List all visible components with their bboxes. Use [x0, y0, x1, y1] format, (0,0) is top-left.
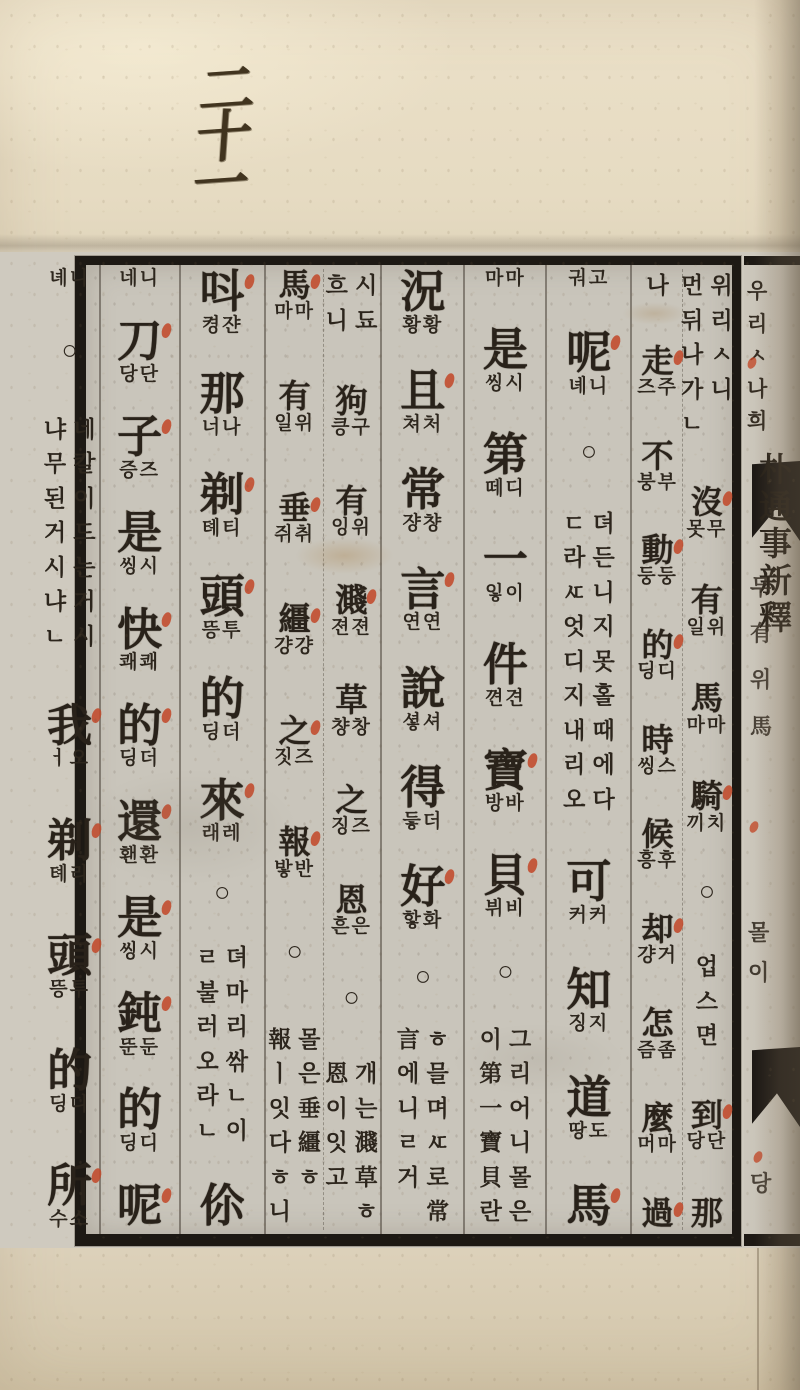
hanzi-character: 的: [642, 629, 674, 662]
hanzi-character: 一: [483, 537, 528, 584]
hanzi-character: 知: [566, 967, 611, 1014]
column-item: 到당단: [686, 1099, 727, 1152]
hangul-gloss-pair: 즘좀: [637, 1041, 678, 1061]
printed-text-block: 위리ㅅ니먼뒤나가ㄴ沒못무有일위馬마마騎끼치○업스면到당단那나走즈주不붕부動둥둥的…: [75, 256, 741, 1246]
hanzi-character: 之: [279, 715, 311, 748]
column-item: 道땅도: [566, 1075, 611, 1142]
hangul-gloss-pair: 핳화: [403, 911, 444, 931]
text-strand: 況황황且쳐처常쟝챵言연연說셯셔得듷더好핳화○ㅎ믈며ㅼ로常言에니ㄹ거: [383, 269, 462, 1230]
column-item: 動둥둥: [637, 534, 678, 587]
hangul-gloss-pair: 짓즈: [274, 748, 315, 768]
column-item: 子증즈: [117, 414, 162, 481]
column-item: 伱: [200, 1183, 245, 1230]
hanzi-character: 是: [117, 510, 162, 557]
red-tone-mark: [308, 830, 322, 847]
column-item: 的딩디: [637, 629, 678, 682]
column-item: 得듷더: [400, 765, 445, 832]
column-item: 時씽스: [637, 724, 678, 777]
hangul-translation-dual: ㅎ믈며ㅼ로常言에니ㄹ거: [395, 1023, 451, 1230]
column-item: 件껸견: [483, 642, 528, 709]
hanzi-character: 沒: [691, 486, 723, 519]
text-strand: 馬마마有일위垂쥐취繮걍걍之짓즈報밯반○몰은垂繮ㅎ報ㅣ잇다ㅎ니: [267, 269, 324, 1230]
hangul-gloss-pair: 마마: [686, 716, 727, 736]
red-tone-mark: [160, 610, 174, 627]
red-tone-mark: [160, 899, 174, 916]
hangul-gloss-pair: 땅도: [569, 1122, 610, 1142]
column-item: ○: [415, 963, 431, 990]
column-item: 却걍거: [637, 913, 678, 966]
column-item: 走즈주: [637, 345, 678, 398]
red-tone-mark: [609, 1187, 623, 1204]
edge-hangul-fragment: 우리ㅅ나희: [747, 275, 770, 438]
red-tone-mark: [308, 496, 322, 513]
red-tone-mark: [443, 571, 457, 588]
hangul-gloss-pair: 못무: [686, 520, 727, 540]
hangul-gloss-pair: 걍걍: [274, 637, 315, 657]
column-item: 騎끼치: [686, 780, 727, 833]
hangul-gloss-pair: 홴환: [119, 846, 160, 866]
section-circle: ○: [214, 879, 230, 906]
column-item: 恩흔은: [331, 884, 372, 937]
column-item: 之징즈: [331, 784, 372, 837]
red-tone-mark: [721, 1103, 735, 1120]
hangul-gloss-pair: 둥둥: [637, 567, 678, 587]
hangul-gloss-pair: 증즈: [119, 461, 160, 481]
column-item: 寶방바: [483, 748, 528, 815]
hanzi-character: 馬: [279, 269, 311, 302]
hanzi-character: 馬: [691, 682, 723, 715]
column-item: 是씽시: [117, 510, 162, 577]
hangul-translation: 나: [644, 269, 670, 304]
column-item: 況황황: [400, 269, 445, 336]
text-strand: 마마是씽시第떼디一잏이件껸견寶방바貝뷔비○그리어니몰은이第一寶貝란: [466, 269, 544, 1230]
column-item: 報밯반: [274, 826, 315, 879]
column-item: 뎌마리싺ㄴ이ㄹ불러오라ㄴ: [194, 941, 250, 1148]
hangul-gloss-pair: 뚠둔: [119, 1038, 160, 1058]
column-item: 鈍뚠둔: [117, 991, 162, 1058]
hangul-gloss-pair: 껸견: [485, 689, 526, 709]
hanzi-character: 可: [566, 859, 611, 906]
column-content: 네니刀당단子증즈是씽시快쾌쾌的딩더還홴환是씽시鈍뚠둔的딩디呢: [102, 269, 178, 1230]
hanzi-character: 報: [279, 826, 311, 859]
hanzi-character: 那: [691, 1197, 723, 1230]
text-strand: 녜니○네칼이드는거시냐무된거시냐ㄴ我ㅓ오剃톄리頭뜽투的딩디所수소: [42, 269, 98, 1230]
hangul-gloss-pair: 챵창: [331, 718, 372, 738]
hangul-gloss-pair: 녜니: [49, 269, 90, 289]
column-item: 有잉위: [331, 485, 372, 538]
hangul-translation: 업스면: [694, 950, 720, 1054]
section-circle: ○: [581, 438, 597, 465]
hanzi-character: 的: [47, 1048, 92, 1095]
section-circle: ○: [699, 878, 715, 905]
red-tone-mark: [443, 868, 457, 885]
hanzi-character: 呢: [566, 330, 611, 377]
translation-right-strand: 네칼이드는거시: [71, 413, 97, 655]
hanzi-character: 是: [117, 895, 162, 942]
page-edge-strip: 우리ㅅ나희 朴通事新釋 무有위馬 몰이 당: [744, 256, 800, 1246]
hanzi-character: 垂: [279, 492, 311, 525]
column-item: 네니: [119, 269, 160, 289]
section-circle: ○: [415, 963, 431, 990]
column-item: 有일위: [274, 380, 315, 433]
hangul-gloss-pair: 뜽투: [202, 621, 243, 641]
hanzi-character: 不: [642, 440, 674, 473]
column-item: 所수소: [47, 1163, 92, 1230]
column-item: 我ㅓ오: [47, 703, 92, 770]
column-item: 怎즘좀: [637, 1007, 678, 1060]
text-strand: 나走즈주不붕부動둥둥的딩디時씽스候흥후却걍거怎즘좀麼머마過: [633, 269, 682, 1230]
column-item: 狗킁구: [331, 385, 372, 438]
section-circle: ○: [497, 958, 513, 985]
hangul-gloss-pair: 딩더: [202, 723, 243, 743]
hanzi-character: 來: [200, 778, 245, 825]
column-content: 녜니○네칼이드는거시냐무된거시냐ㄴ我ㅓ오剃톄리頭뜽투的딩디所수소: [42, 269, 98, 1230]
hangul-gloss-pair: 궈고: [569, 269, 610, 289]
text-column: 況황황且쳐처常쟝챵言연연說셯셔得듷더好핳화○ㅎ믈며ㅼ로常言에니ㄹ거: [382, 265, 465, 1234]
column-item: 好핳화: [400, 864, 445, 931]
hangul-translation-dual: 위리ㅅ니먼뒤나가ㄴ: [679, 269, 735, 442]
translation-right-strand: 뎌든니지못홀때에다: [590, 507, 616, 818]
hangul-gloss-pair: 씽스: [637, 757, 678, 777]
hangul-gloss-pair: 셯셔: [403, 713, 444, 733]
column-item: 궈고: [569, 269, 610, 289]
hanzi-character: 刀: [117, 318, 162, 365]
hangul-gloss-pair: 징지: [569, 1014, 610, 1034]
column-item: ○: [581, 438, 597, 465]
hangul-gloss-pair: 황황: [403, 316, 444, 336]
column-item: 頭뜽투: [200, 574, 245, 641]
column-item: ○: [286, 938, 302, 965]
column-item: 一잏이: [483, 537, 528, 604]
hangul-gloss-pair: 잏이: [485, 584, 526, 604]
red-tone-mark: [526, 751, 540, 768]
hanzi-character: 貝: [483, 853, 528, 900]
translation-right-strand: 뎌마리싺ㄴ이: [224, 941, 250, 1148]
hanzi-character: 呢: [117, 1183, 162, 1230]
hanzi-character: 頭: [200, 574, 245, 621]
red-tone-mark: [160, 1187, 174, 1204]
hanzi-character: 狗: [335, 385, 367, 418]
text-strand: 궈고呢녜니○뎌든니지못홀때에다ㄷ라ㅼ엇디지내리오可커커知징지道땅도馬: [548, 269, 629, 1230]
hangul-gloss-pair: 쥐취: [274, 525, 315, 545]
column-item: 네칼이드는거시냐무된거시냐ㄴ: [42, 413, 98, 655]
translation-right-strand: 그리어니몰은: [507, 1023, 533, 1230]
column-item: 言연연: [400, 567, 445, 634]
column-item: ㅎ믈며ㅼ로常言에니ㄹ거: [395, 1023, 451, 1230]
hangul-gloss-pair: 젼젼: [331, 618, 372, 638]
hangul-translation-dual: 네칼이드는거시냐무된거시냐ㄴ: [42, 413, 98, 655]
column-item: 來래레: [200, 778, 245, 845]
hangul-translation-dual: 몰은垂繮ㅎ報ㅣ잇다ㅎ니: [267, 1023, 323, 1230]
hanzi-character: 言: [400, 567, 445, 614]
text-column: 呌켱쟌那너나剃톄티頭뜽투的딩더來래레○뎌마리싺ㄴ이ㄹ불러오라ㄴ伱: [181, 265, 266, 1234]
hangul-gloss-pair: 너나: [202, 418, 243, 438]
hangul-gloss-pair: 떼디: [485, 479, 526, 499]
hanzi-character: 頭: [47, 933, 92, 980]
column-item: 是씽시: [483, 327, 528, 394]
hangul-gloss-pair: 딩디: [119, 1134, 160, 1154]
column-item: 那너나: [200, 371, 245, 438]
fishtail-ornament-icon: [752, 1047, 800, 1127]
text-columns: 위리ㅅ니먼뒤나가ㄴ沒못무有일위馬마마騎끼치○업스면到당단那나走즈주不붕부動둥둥的…: [86, 265, 732, 1234]
column-item: 可커커: [566, 859, 611, 926]
hanzi-character: 常: [400, 467, 445, 514]
hangul-gloss-pair: 일위: [274, 414, 315, 434]
column-item: ○: [699, 878, 715, 905]
hangul-gloss-pair: 딩디: [49, 1095, 90, 1115]
column-item: 垂쥐취: [274, 492, 315, 545]
hangul-gloss-pair: 톄리: [49, 865, 90, 885]
hanzi-character: 繮: [279, 603, 311, 636]
translation-left-strand: ㄷ라ㅼ엇디지내리오: [561, 507, 587, 818]
text-strand: 위리ㅅ니먼뒤나가ㄴ沒못무有일위馬마마騎끼치○업스면到당단那: [683, 269, 731, 1230]
column-item: 貝뷔비: [483, 853, 528, 920]
hanzi-character: 我: [47, 703, 92, 750]
hanzi-character: 走: [642, 345, 674, 378]
edge-text-fragment: 무有위馬: [750, 565, 774, 750]
paper-sheen: [0, 0, 800, 240]
column-item: 마마: [485, 269, 526, 289]
hanzi-character: 伱: [200, 1183, 245, 1230]
column-item: 녜니: [49, 269, 90, 289]
translation-left-strand: 報ㅣ잇다ㅎ니: [267, 1023, 293, 1230]
translation-right-strand: 시됴: [353, 269, 379, 338]
hanzi-character: 草: [335, 684, 367, 717]
red-tone-mark: [721, 784, 735, 801]
hanzi-character: 的: [117, 703, 162, 750]
translation-left-strand: 恩이잇고: [324, 1057, 350, 1230]
hanzi-character: 鈍: [117, 991, 162, 1038]
column-content: 呌켱쟌那너나剃톄티頭뜽투的딩더來래레○뎌마리싺ㄴ이ㄹ불러오라ㄴ伱: [182, 269, 263, 1230]
translation-right-strand: 위리ㅅ니: [708, 269, 734, 442]
translation-left-strand: 냐무된거시냐ㄴ: [42, 413, 68, 655]
hangul-gloss-pair: 머마: [637, 1135, 678, 1155]
hangul-gloss-pair: 끼치: [686, 814, 727, 834]
hangul-gloss-pair: 씽시: [119, 557, 160, 577]
hangul-gloss-pair: 씽시: [485, 374, 526, 394]
column-item: 위리ㅅ니먼뒤나가ㄴ: [679, 269, 735, 442]
hanzi-character: 好: [400, 864, 445, 911]
hangul-gloss-pair: 녜니: [569, 377, 610, 397]
hanzi-character: 且: [400, 368, 445, 415]
hanzi-character: 呌: [200, 269, 245, 316]
column-item: ○: [497, 958, 513, 985]
edge-text-fragment: 몰이: [748, 913, 772, 992]
red-tone-mark: [160, 707, 174, 724]
hangul-gloss-pair: 쟝챵: [403, 514, 444, 534]
hanzi-character: 之: [335, 784, 367, 817]
hangul-gloss-pair: 연연: [403, 613, 444, 633]
hangul-gloss-pair: 켱쟌: [202, 316, 243, 336]
column-item: 剃톄티: [200, 472, 245, 539]
hanzi-character: 說: [400, 666, 445, 713]
column-content: 위리ㅅ니먼뒤나가ㄴ沒못무有일위馬마마騎끼치○업스면到당단那나走즈주不붕부動둥둥的…: [633, 269, 731, 1230]
hanzi-character: 還: [117, 799, 162, 846]
column-item: 那: [691, 1197, 723, 1230]
hanzi-character: 是: [483, 327, 528, 374]
hangul-gloss-pair: 붕부: [637, 473, 678, 493]
red-tone-mark: [526, 856, 540, 873]
column-item: 有일위: [686, 584, 727, 637]
translation-left-strand: ㄹ불러오라ㄴ: [194, 941, 220, 1148]
hangul-gloss-pair: 흔은: [331, 917, 372, 937]
hangul-gloss-pair: 딩더: [119, 749, 160, 769]
text-strand: 네니刀당단子증즈是씽시快쾌쾌的딩더還홴환是씽시鈍뚠둔的딩디呢: [102, 269, 178, 1230]
hanzi-character: 時: [642, 724, 674, 757]
hanzi-character: 的: [117, 1087, 162, 1134]
hanzi-character: 候: [642, 818, 674, 851]
column-item: 馬: [566, 1183, 611, 1230]
red-tone-mark: [308, 273, 322, 290]
hangul-gloss-pair: 네니: [119, 269, 160, 289]
column-item: 快쾌쾌: [117, 607, 162, 674]
column-item: ○: [343, 984, 359, 1011]
hangul-gloss-pair: 밯반: [274, 860, 315, 880]
red-tone-mark: [609, 334, 623, 351]
column-item: ○: [62, 337, 78, 364]
hangul-gloss-pair: 톄티: [202, 519, 243, 539]
hangul-gloss-pair: 쾌쾌: [119, 653, 160, 673]
hangul-gloss-pair: 킁구: [331, 418, 372, 438]
hangul-translation-dual: 개는濺草ㅎ恩이잇고: [324, 1057, 380, 1230]
red-tone-mark: [721, 490, 735, 507]
hanzi-character: 道: [566, 1075, 611, 1122]
hanzi-character: 件: [483, 642, 528, 689]
section-circle: ○: [286, 938, 302, 965]
hangul-gloss-pair: 뷔비: [485, 899, 526, 919]
red-tone-mark: [308, 607, 322, 624]
column-item: 刀당단: [117, 318, 162, 385]
hangul-gloss-pair: 일위: [686, 618, 727, 638]
text-column: 네니刀당단子증즈是씽시快쾌쾌的딩더還홴환是씽시鈍뚠둔的딩디呢: [101, 265, 181, 1234]
column-item: 개는濺草ㅎ恩이잇고: [324, 1057, 380, 1230]
column-item: 麼머마: [637, 1102, 678, 1155]
translation-right-strand: 개는濺草ㅎ: [353, 1057, 379, 1230]
red-tone-mark: [160, 803, 174, 820]
translation-left-strand: 言에니ㄹ거: [395, 1023, 421, 1230]
hangul-gloss-pair: 듷더: [403, 812, 444, 832]
red-tone-mark: [160, 322, 174, 339]
column-content: 마마是씽시第떼디一잏이件껸견寶방바貝뷔비○그리어니몰은이第一寶貝란: [466, 269, 544, 1230]
hanzi-character: 的: [200, 676, 245, 723]
column-item: 몰은垂繮ㅎ報ㅣ잇다ㅎ니: [267, 1023, 323, 1230]
column-item: 沒못무: [686, 486, 727, 539]
hangul-translation-dual: 뎌든니지못홀때에다ㄷ라ㅼ엇디지내리오: [561, 507, 617, 818]
hangul-gloss-pair: 흥후: [637, 851, 678, 871]
hanzi-character: 動: [642, 534, 674, 567]
hanzi-character: 濺: [335, 584, 367, 617]
text-column: 궈고呢녜니○뎌든니지못홀때에다ㄷ라ㅼ엇디지내리오可커커知징지道땅도馬: [547, 265, 632, 1234]
edge-text-fragment: 당: [750, 1167, 774, 1198]
hangul-gloss-pair: 즈주: [637, 378, 678, 398]
column-item: 濺젼젼: [331, 584, 372, 637]
column-item: 過: [642, 1197, 674, 1230]
red-mark: [752, 1150, 764, 1164]
hanzi-character: 有: [335, 485, 367, 518]
column-item: 剃톄리: [47, 818, 92, 885]
hanzi-character: 況: [400, 269, 445, 316]
section-circle: ○: [343, 984, 359, 1011]
hanzi-character: 騎: [691, 780, 723, 813]
red-mark: [748, 820, 760, 834]
column-item: 草챵창: [331, 684, 372, 737]
column-item: 나: [644, 269, 670, 304]
column-item: 馬마마: [274, 269, 315, 322]
translation-left-strand: 흐니: [324, 269, 350, 338]
hangul-gloss-pair: 마마: [485, 269, 526, 289]
translation-right-strand: ㅎ믈며ㅼ로常: [424, 1023, 450, 1230]
hangul-gloss-pair: ㅓ오: [49, 749, 90, 769]
hanzi-character: 子: [117, 414, 162, 461]
hanzi-character: 恩: [335, 884, 367, 917]
red-tone-mark: [242, 476, 256, 493]
column-item: 呢: [117, 1183, 162, 1230]
column-content: 시됴흐니狗킁구有잉위濺젼젼草챵창之징즈恩흔은○개는濺草ㅎ恩이잇고馬마마有일위垂쥐…: [267, 269, 380, 1230]
handwritten-page-number: 二十一: [191, 66, 257, 212]
column-item: 頭뜽투: [47, 933, 92, 1000]
column-item: 뎌든니지못홀때에다ㄷ라ㅼ엇디지내리오: [561, 507, 617, 818]
hangul-gloss-pair: 딩디: [637, 662, 678, 682]
hanzi-character: 過: [642, 1197, 674, 1230]
red-tone-mark: [308, 719, 322, 736]
hanzi-character: 得: [400, 765, 445, 812]
column-item: 的딩더: [117, 703, 162, 770]
section-circle: ○: [62, 337, 78, 364]
column-content: 況황황且쳐처常쟝챵言연연說셯셔得듷더好핳화○ㅎ믈며ㅼ로常言에니ㄹ거: [383, 269, 462, 1230]
hanzi-character: 却: [642, 913, 674, 946]
column-content: 궈고呢녜니○뎌든니지못홀때에다ㄷ라ㅼ엇디지내리오可커커知징지道땅도馬: [548, 269, 629, 1230]
column-item: 說셯셔: [400, 666, 445, 733]
column-item: 且쳐처: [400, 368, 445, 435]
red-tone-mark: [160, 995, 174, 1012]
text-strand: 시됴흐니狗킁구有잉위濺젼젼草챵창之징즈恩흔은○개는濺草ㅎ恩이잇고: [324, 269, 380, 1230]
hanzi-character: 剃: [200, 472, 245, 519]
column-item: 知징지: [566, 967, 611, 1034]
hangul-gloss-pair: 징즈: [331, 817, 372, 837]
hanzi-character: 寶: [483, 748, 528, 795]
column-item: 呢녜니: [566, 330, 611, 397]
translation-left-strand: 이第一寶貝란: [477, 1023, 503, 1230]
hangul-gloss-pair: 방바: [485, 794, 526, 814]
column-item: 시됴흐니: [324, 269, 380, 338]
hangul-gloss-pair: 걍거: [637, 946, 678, 966]
hanzi-character: 所: [47, 1163, 92, 1210]
hangul-translation-dual: 뎌마리싺ㄴ이ㄹ불러오라ㄴ: [194, 941, 250, 1148]
red-tone-mark: [160, 418, 174, 435]
column-item: ○: [214, 879, 230, 906]
fold-line: [757, 1248, 759, 1390]
hangul-gloss-pair: 수소: [49, 1210, 90, 1230]
text-column: 녜니○네칼이드는거시냐무된거시냐ㄴ我ㅓ오剃톄리頭뜽투的딩디所수소: [41, 265, 101, 1234]
hangul-translation-dual: 그리어니몰은이第一寶貝란: [477, 1023, 533, 1230]
column-item: 候흥후: [637, 818, 678, 871]
red-tone-mark: [443, 372, 457, 389]
hangul-gloss-pair: 잉위: [331, 518, 372, 538]
hanzi-character: 怎: [642, 1007, 674, 1040]
red-tone-mark: [365, 588, 379, 605]
scanned-book-page: 二十一 위리ㅅ니먼뒤나가ㄴ沒못무有일위馬마마騎끼치○업스면到당단那나走즈주不붕부…: [0, 0, 800, 1390]
column-item: 的딩더: [200, 676, 245, 743]
hanzi-character: 麼: [642, 1102, 674, 1135]
hanzi-character: 到: [691, 1099, 723, 1132]
hangul-translation-dual: 시됴흐니: [324, 269, 380, 338]
hangul-gloss-pair: 마마: [274, 302, 315, 322]
hangul-gloss-pair: 당단: [686, 1132, 727, 1152]
red-tone-mark: [242, 578, 256, 595]
text-column: 위리ㅅ니먼뒤나가ㄴ沒못무有일위馬마마騎끼치○업스면到당단那나走즈주不붕부動둥둥的…: [632, 265, 732, 1234]
hangul-gloss-pair: 쳐처: [403, 415, 444, 435]
text-strand: 呌켱쟌那너나剃톄티頭뜽투的딩더來래레○뎌마리싺ㄴ이ㄹ불러오라ㄴ伱: [182, 269, 263, 1230]
